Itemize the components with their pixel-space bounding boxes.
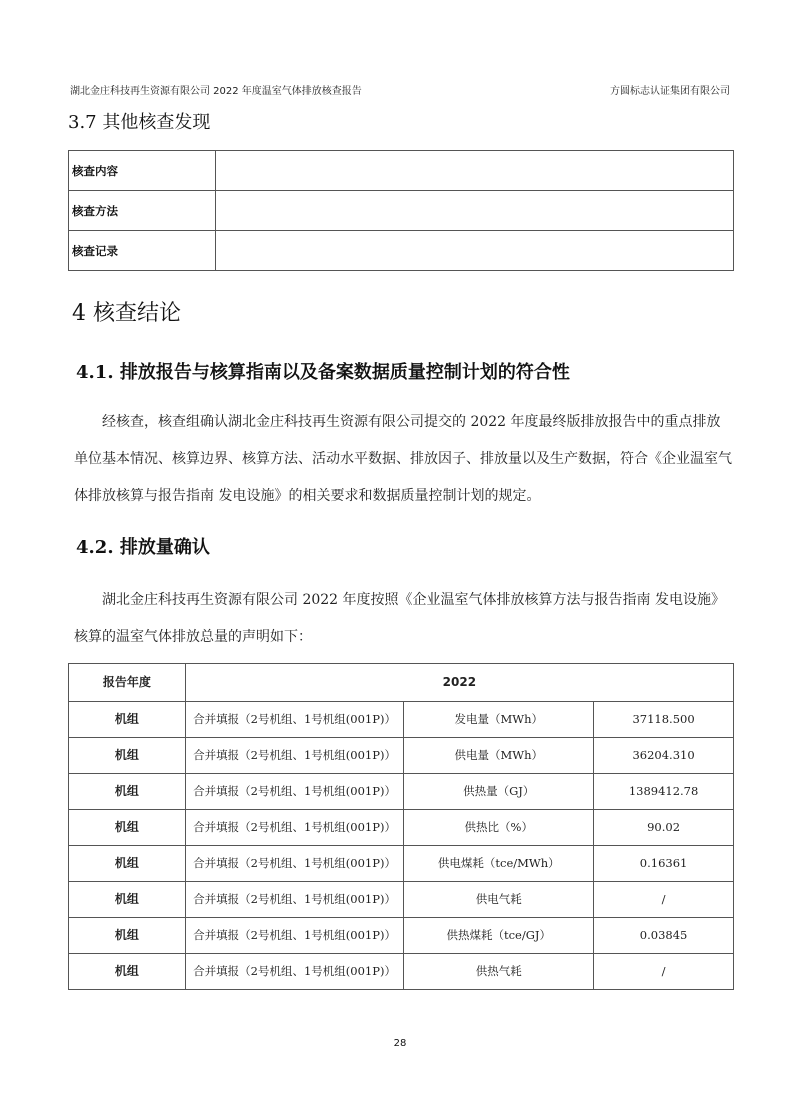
section-4-title: 4 核查结论 [72, 296, 181, 327]
header-report-title: 湖北金庄科技再生资源有限公司 2022 年度温室气体排放核查报告 [70, 82, 362, 97]
other-findings-table: 核查内容 核查方法 核查记录 [68, 150, 734, 271]
row-label: 核查方法 [69, 191, 216, 231]
section-3-7-title: 3.7 其他核查发现 [68, 108, 210, 134]
table-row: 机组 合并填报（2号机组、1号机组(001P)） 供热比（%） 90.02 [69, 810, 734, 846]
table-row: 机组 合并填报（2号机组、1号机组(001P)） 发电量（MWh） 37118.… [69, 702, 734, 738]
cell-unit: 机组 [69, 954, 186, 990]
cell-item: 发电量（MWh） [404, 702, 594, 738]
cell-value: 36204.310 [594, 738, 734, 774]
row-value [216, 151, 734, 191]
section-4-2-title: 4.2. 排放量确认 [76, 533, 210, 559]
cell-value: 0.16361 [594, 846, 734, 882]
cell-scope: 合并填报（2号机组、1号机组(001P)） [185, 882, 404, 918]
cell-unit: 机组 [69, 702, 186, 738]
cell-value: / [594, 882, 734, 918]
cell-unit: 机组 [69, 846, 186, 882]
paragraph-text: 经核查，核查组确认湖北金庄科技再生资源有限公司提交的 2022 年度最终版排放报… [74, 404, 734, 515]
table-row: 核查方法 [69, 191, 734, 231]
page-number: 28 [0, 1038, 800, 1049]
cell-item: 供热量（GJ） [404, 774, 594, 810]
cell-scope: 合并填报（2号机组、1号机组(001P)） [185, 810, 404, 846]
cell-item: 供电煤耗（tce/MWh） [404, 846, 594, 882]
cell-value: 37118.500 [594, 702, 734, 738]
section-4-1-title: 4.1. 排放报告与核算指南以及备案数据质量控制计划的符合性 [76, 358, 570, 384]
table-row: 机组 合并填报（2号机组、1号机组(001P)） 供电气耗 / [69, 882, 734, 918]
cell-item: 供电量（MWh） [404, 738, 594, 774]
cell-unit: 机组 [69, 918, 186, 954]
table-row: 核查内容 [69, 151, 734, 191]
row-value [216, 191, 734, 231]
table-row: 机组 合并填报（2号机组、1号机组(001P)） 供电量（MWh） 36204.… [69, 738, 734, 774]
cell-scope: 合并填报（2号机组、1号机组(001P)） [185, 954, 404, 990]
cell-unit: 机组 [69, 774, 186, 810]
table-row: 机组 合并填报（2号机组、1号机组(001P)） 供热量（GJ） 1389412… [69, 774, 734, 810]
cell-value: 1389412.78 [594, 774, 734, 810]
section-4-2-paragraph: 湖北金庄科技再生资源有限公司 2022 年度按照《企业温室气体排放核算方法与报告… [74, 582, 734, 656]
paragraph-text: 湖北金庄科技再生资源有限公司 2022 年度按照《企业温室气体排放核算方法与报告… [74, 582, 734, 656]
cell-scope: 合并填报（2号机组、1号机组(001P)） [185, 846, 404, 882]
cell-item: 供电气耗 [404, 882, 594, 918]
table-row: 机组 合并填报（2号机组、1号机组(001P)） 供热气耗 / [69, 954, 734, 990]
cell-item: 供热煤耗（tce/GJ） [404, 918, 594, 954]
emission-summary-table: 报告年度 2022 机组 合并填报（2号机组、1号机组(001P)） 发电量（M… [68, 663, 734, 990]
table-row: 核查记录 [69, 231, 734, 271]
cell-value: 0.03845 [594, 918, 734, 954]
cell-unit: 机组 [69, 810, 186, 846]
cell-item: 供热气耗 [404, 954, 594, 990]
row-label: 核查记录 [69, 231, 216, 271]
cell-scope: 合并填报（2号机组、1号机组(001P)） [185, 702, 404, 738]
cell-scope: 合并填报（2号机组、1号机组(001P)） [185, 738, 404, 774]
cell-value: 90.02 [594, 810, 734, 846]
cell-scope: 合并填报（2号机组、1号机组(001P)） [185, 918, 404, 954]
cell-value: / [594, 954, 734, 990]
table-row: 机组 合并填报（2号机组、1号机组(001P)） 供电煤耗（tce/MWh） 0… [69, 846, 734, 882]
row-value [216, 231, 734, 271]
table-header-row: 报告年度 2022 [69, 664, 734, 702]
cell-item: 供热比（%） [404, 810, 594, 846]
cell-unit: 机组 [69, 882, 186, 918]
cell-scope: 合并填报（2号机组、1号机组(001P)） [185, 774, 404, 810]
row-label: 核查内容 [69, 151, 216, 191]
header-year: 2022 [185, 664, 733, 702]
header-label: 报告年度 [69, 664, 186, 702]
header-organization: 方圆标志认证集团有限公司 [610, 82, 730, 97]
section-4-1-paragraph: 经核查，核查组确认湖北金庄科技再生资源有限公司提交的 2022 年度最终版排放报… [74, 404, 734, 515]
cell-unit: 机组 [69, 738, 186, 774]
table-row: 机组 合并填报（2号机组、1号机组(001P)） 供热煤耗（tce/GJ） 0.… [69, 918, 734, 954]
